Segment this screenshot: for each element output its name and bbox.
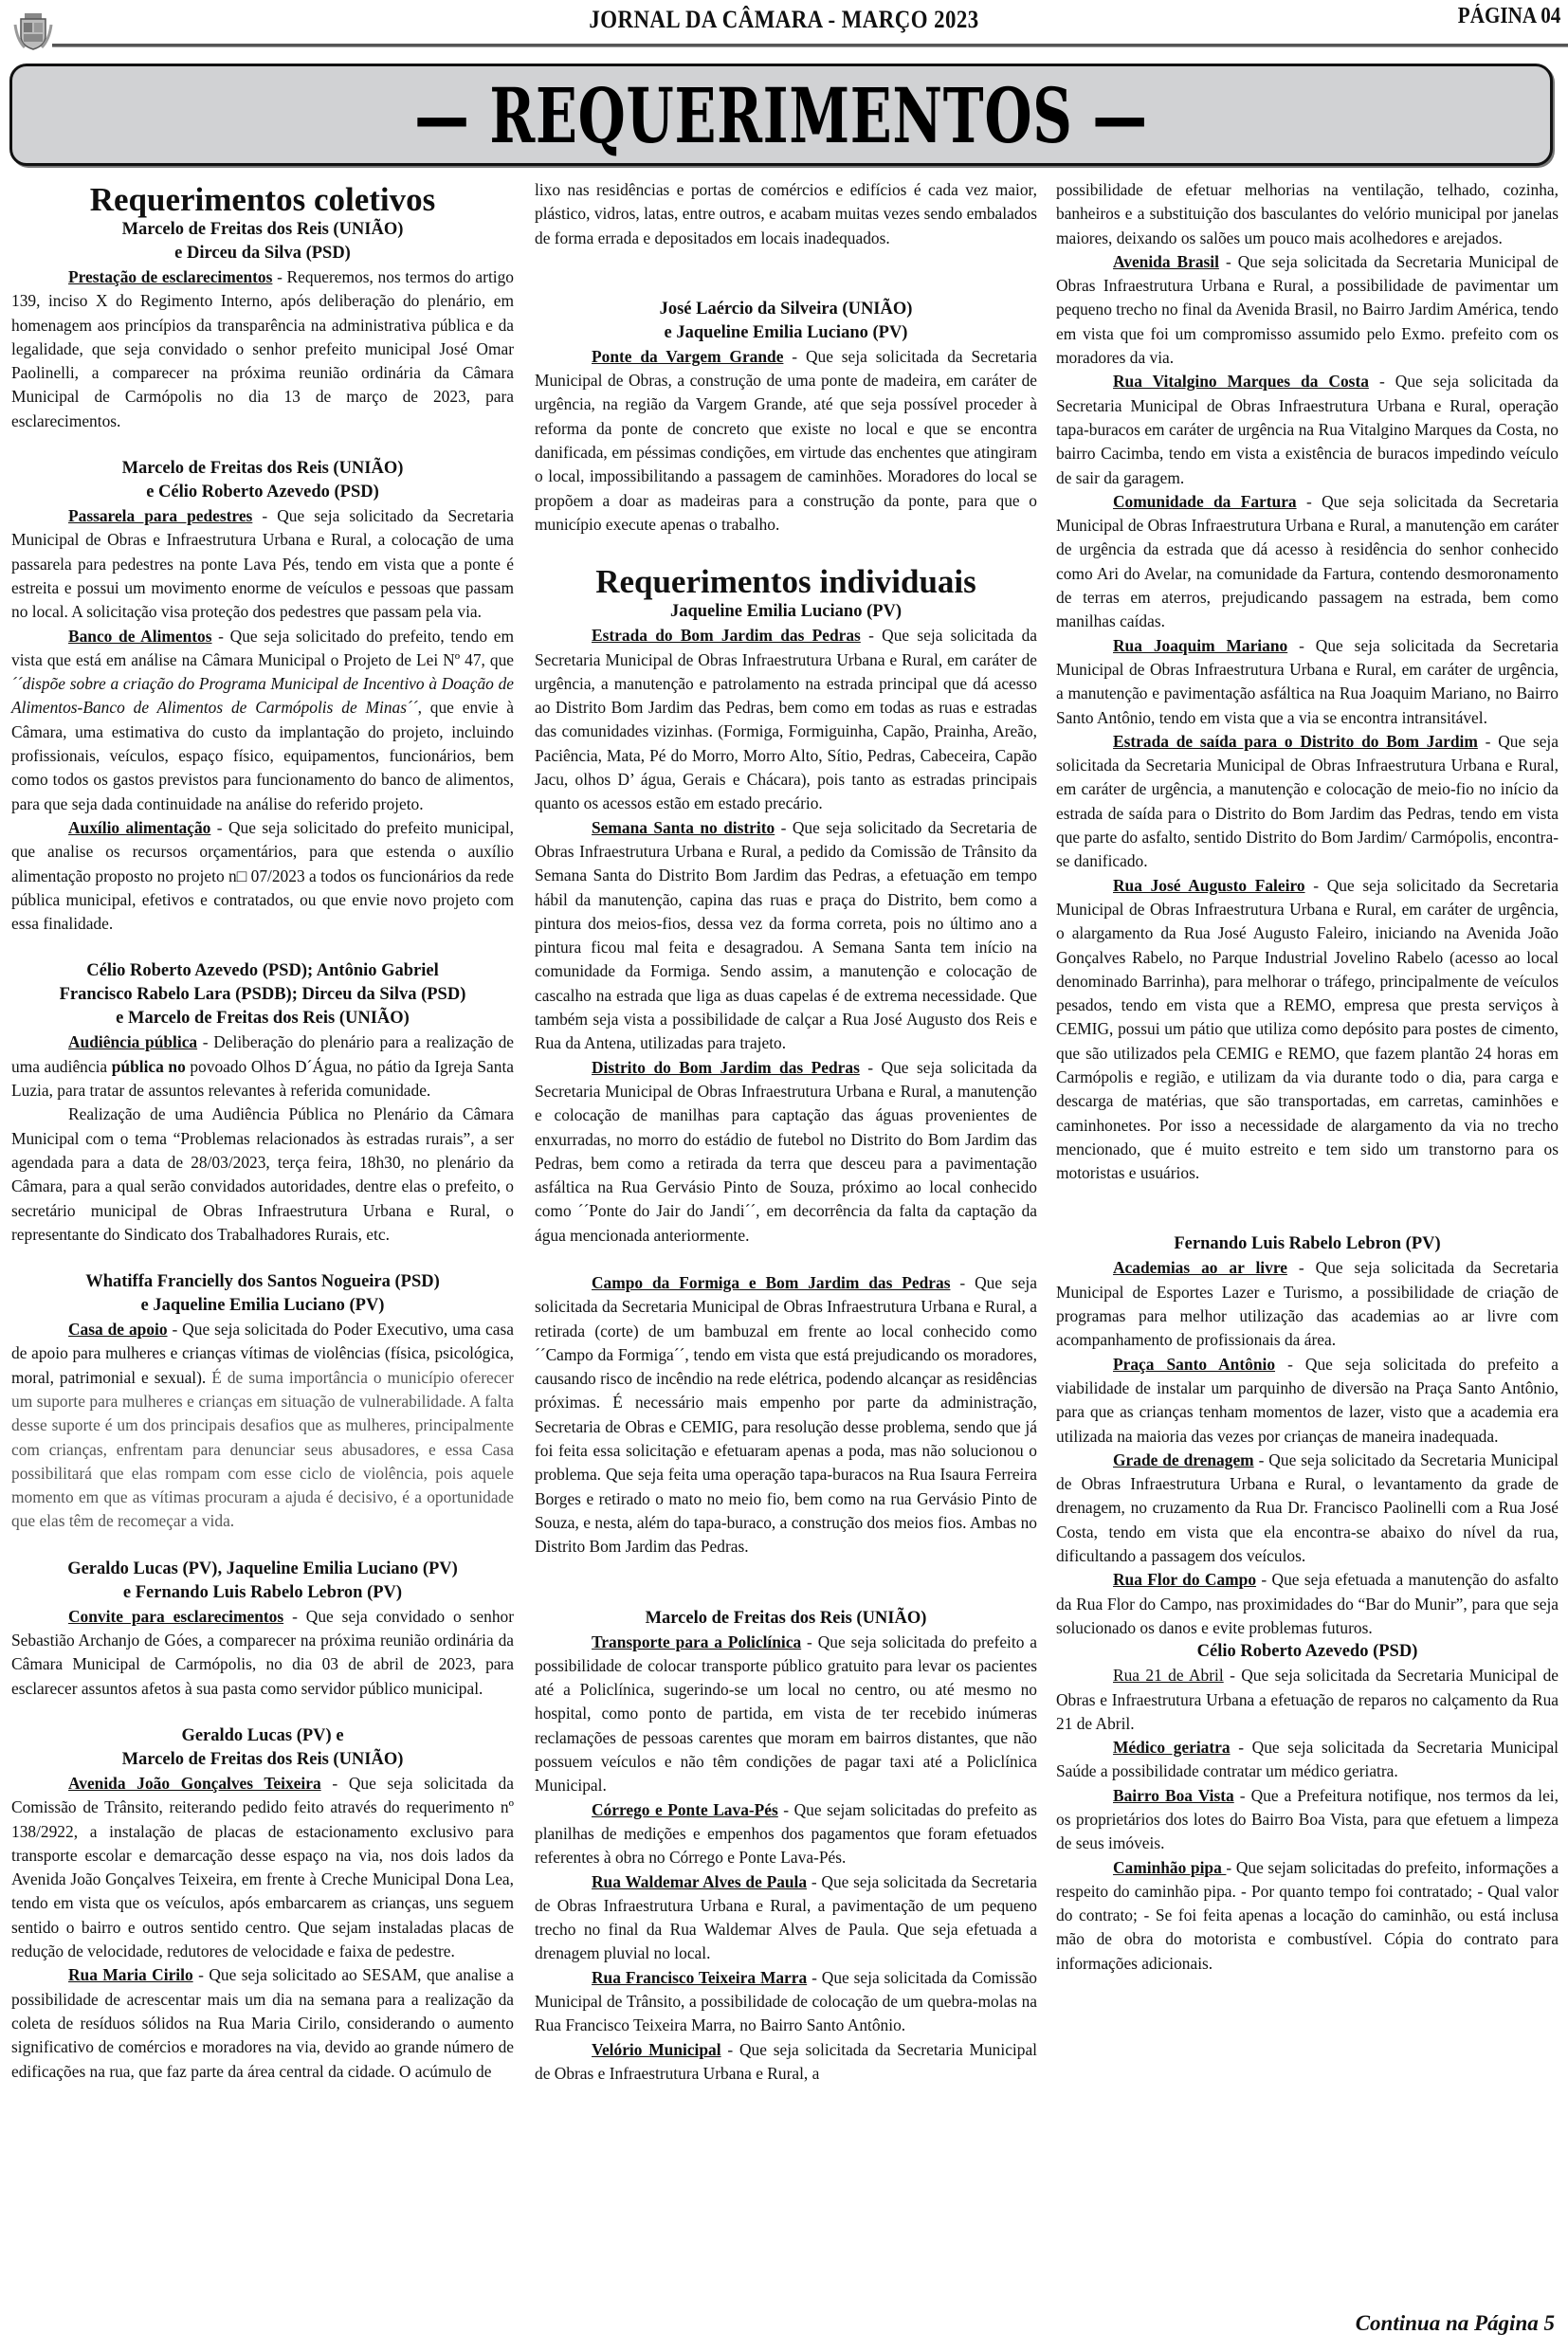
request-heading: Casa de apoio — [68, 1320, 168, 1339]
request-item: Passarela para pedestres - Que seja soli… — [11, 504, 514, 624]
request-group: Fernando Luis Rabelo Lebron (PV) Academi… — [1056, 1232, 1559, 1640]
request-heading: Semana Santa no distrito — [592, 818, 775, 837]
request-body: - Que seja solicitada da Secretaria Muni… — [1056, 732, 1559, 870]
continued-text: possibilidade de efetuar melhorias na ve… — [1056, 178, 1559, 250]
request-body: - Que seja solicitada da Secretaria Muni… — [535, 347, 1037, 534]
request-group: Célio Roberto Azevedo (PSD); Antônio Gab… — [11, 959, 514, 1247]
request-item: Realização de uma Audiência Pública no P… — [11, 1103, 514, 1247]
request-item: Semana Santa no distrito - Que seja soli… — [535, 816, 1037, 1056]
request-item: Campo da Formiga e Bom Jardim das Pedras… — [535, 1271, 1037, 1559]
author-line: Francisco Rabelo Lara (PSDB); Dirceu da … — [11, 983, 514, 1007]
request-heading: Passarela para pedestres — [68, 506, 252, 525]
request-body: - Que seja solicitada da Comissão de Trâ… — [11, 1774, 514, 1960]
request-heading: Caminhão pipa — [1113, 1858, 1226, 1877]
author-line: Jaqueline Emilia Luciano (PV) — [535, 600, 1037, 624]
request-item: Rua Joaquim Mariano - Que seja solicitad… — [1056, 634, 1559, 730]
request-heading: Convite para esclarecimentos — [68, 1607, 283, 1626]
author-line: Marcelo de Freitas dos Reis (UNIÃO) — [11, 1748, 514, 1772]
request-heading: Academias ao ar livre — [1113, 1258, 1287, 1277]
middle-column: lixo nas residências e portas de comérci… — [535, 178, 1037, 2086]
request-heading: Rua Francisco Teixeira Marra — [592, 1968, 807, 1987]
author-line: Célio Roberto Azevedo (PSD) — [1056, 1640, 1559, 1664]
request-body: - Que seja solicitado da Secretaria Muni… — [1056, 876, 1559, 1183]
author-line: Marcelo de Freitas dos Reis (UNIÃO) — [11, 218, 514, 242]
request-item: Córrego e Ponte Lava-Pés - Que sejam sol… — [535, 1798, 1037, 1870]
request-heading: Estrada do Bom Jardim das Pedras — [592, 626, 861, 645]
request-item: Distrito do Bom Jardim das Pedras - Que … — [535, 1056, 1037, 1248]
banner-title: — REQUERIMENTOS — — [228, 68, 1335, 163]
left-column: Requerimentos coletivos Marcelo de Freit… — [11, 178, 514, 2084]
request-heading: Distrito do Bom Jardim das Pedras — [592, 1058, 860, 1077]
request-group: Jaqueline Emilia Luciano (PV) Estrada do… — [535, 600, 1037, 1559]
request-item: Praça Santo Antônio - Que seja solicitad… — [1056, 1353, 1559, 1449]
request-heading: Rua José Augusto Faleiro — [1113, 876, 1305, 895]
request-heading: Auxílio alimentação — [68, 818, 210, 837]
request-heading: Ponte da Vargem Grande — [592, 347, 783, 366]
request-item: Prestação de esclarecimentos - Requeremo… — [11, 265, 514, 433]
request-heading: Audiência pública — [68, 1032, 197, 1051]
request-body: - Que seja solicitada do prefeito a poss… — [535, 1632, 1037, 1796]
author-line: Marcelo de Freitas dos Reis (UNIÃO) — [535, 1607, 1037, 1631]
request-heading: Rua Joaquim Mariano — [1113, 636, 1287, 655]
request-body: - Que seja solicitada da Secretaria Muni… — [535, 1058, 1037, 1245]
request-item: Velório Municipal - Que seja solicitada … — [535, 2038, 1037, 2087]
request-heading: Estrada de saída para o Distrito do Bom … — [1113, 732, 1478, 751]
request-item: Bairro Boa Vista - Que a Prefeitura noti… — [1056, 1784, 1559, 1856]
request-group: José Laércio da Silveira (UNIÃO) e Jaque… — [535, 298, 1037, 537]
author-line: e Jaqueline Emilia Luciano (PV) — [11, 1294, 514, 1318]
author-line: e Marcelo de Freitas dos Reis (UNIÃO) — [11, 1007, 514, 1030]
author-line: e Jaqueline Emilia Luciano (PV) — [535, 321, 1037, 345]
request-item: Rua Maria Cirilo - Que seja solicitado a… — [11, 1963, 514, 2083]
author-line: José Laércio da Silveira (UNIÃO) — [535, 298, 1037, 321]
author-line: Geraldo Lucas (PV) e — [11, 1724, 514, 1748]
request-item: Transporte para a Policlínica - Que seja… — [535, 1631, 1037, 1798]
request-body-justification: É de suma importância o município oferec… — [11, 1368, 514, 1531]
request-item: Ponte da Vargem Grande - Que seja solici… — [535, 345, 1037, 537]
request-item: Rua José Augusto Faleiro - Que seja soli… — [1056, 874, 1559, 1186]
request-group: Whatiffa Francielly dos Santos Nogueira … — [11, 1270, 514, 1534]
request-heading: Avenida Brasil — [1113, 252, 1219, 271]
request-heading: Velório Municipal — [592, 2040, 721, 2059]
request-item: Rua Waldemar Alves de Paula - Que seja s… — [535, 1870, 1037, 1966]
request-item: Comunidade da Fartura - Que seja solicit… — [1056, 490, 1559, 634]
continued-text: lixo nas residências e portas de comérci… — [535, 178, 1037, 250]
request-body: - Que seja solicitada da Secretaria Muni… — [535, 1273, 1037, 1556]
author-line: e Célio Roberto Azevedo (PSD) — [11, 481, 514, 504]
author-line: Fernando Luis Rabelo Lebron (PV) — [1056, 1232, 1559, 1256]
request-heading: Rua Vitalgino Marques da Costa — [1113, 372, 1369, 391]
author-line: e Fernando Luis Rabelo Lebron (PV) — [11, 1581, 514, 1605]
request-heading: Rua Flor do Campo — [1113, 1570, 1256, 1589]
request-body-bold: pública no — [112, 1057, 186, 1076]
request-item: Estrada de saída para o Distrito do Bom … — [1056, 730, 1559, 874]
author-line: Whatiffa Francielly dos Santos Nogueira … — [11, 1270, 514, 1294]
author-line: e Dirceu da Silva (PSD) — [11, 242, 514, 265]
request-body: - Que seja solicitada da Secretaria Muni… — [1056, 492, 1559, 630]
request-heading: Médico geriatra — [1113, 1738, 1231, 1757]
request-body: - Requeremos, nos termos do artigo 139, … — [11, 267, 514, 430]
request-heading: Campo da Formiga e Bom Jardim das Pedras — [592, 1273, 950, 1292]
journal-title: JORNAL DA CÂMARA - MARÇO 2023 — [94, 6, 1474, 34]
header-rule — [52, 44, 1568, 47]
request-item: Médico geriatra - Que seja solicitada da… — [1056, 1736, 1559, 1784]
right-column: possibilidade de efetuar melhorias na ve… — [1056, 178, 1559, 1976]
request-heading: Rua 21 de Abril — [1113, 1666, 1224, 1685]
request-heading: Rua Maria Cirilo — [68, 1965, 193, 1984]
request-item: Convite para esclarecimentos - Que seja … — [11, 1605, 514, 1701]
request-body: - Que seja solicitado da Secretaria de O… — [535, 818, 1037, 1053]
page-number: PÁGINA 04 — [1457, 4, 1560, 29]
request-group: Célio Roberto Azevedo (PSD) Rua 21 de Ab… — [1056, 1640, 1559, 1976]
request-heading: Comunidade da Fartura — [1113, 492, 1297, 511]
author-line: Geraldo Lucas (PV), Jaqueline Emilia Luc… — [11, 1558, 514, 1581]
masthead: JORNAL DA CÂMARA - MARÇO 2023 PÁGINA 04 — [0, 0, 1568, 57]
request-body: Realização de uma Audiência Pública no P… — [11, 1104, 514, 1243]
request-heading: Praça Santo Antônio — [1113, 1355, 1275, 1374]
request-item: Rua Flor do Campo - Que seja efetuada a … — [1056, 1568, 1559, 1640]
section-title-coletivos: Requerimentos coletivos — [11, 182, 514, 218]
request-item: Rua Francisco Teixeira Marra - Que seja … — [535, 1966, 1037, 2038]
request-group: Geraldo Lucas (PV) e Marcelo de Freitas … — [11, 1724, 514, 2084]
request-item: Academias ao ar livre - Que seja solicit… — [1056, 1256, 1559, 1352]
request-heading: Avenida João Gonçalves Teixeira — [68, 1774, 321, 1793]
request-heading: Grade de drenagem — [1113, 1450, 1254, 1469]
request-item: Avenida João Gonçalves Teixeira - Que se… — [11, 1772, 514, 1963]
request-item: Banco de Alimentos - Que seja solicitado… — [11, 625, 514, 816]
request-group: Marcelo de Freitas dos Reis (UNIÃO) Tran… — [535, 1607, 1037, 2087]
request-item: Rua 21 de Abril - Que seja solicitada da… — [1056, 1664, 1559, 1736]
request-heading: Prestação de esclarecimentos — [68, 267, 272, 286]
request-item: Avenida Brasil - Que seja solicitada da … — [1056, 250, 1559, 370]
request-group: Marcelo de Freitas dos Reis (UNIÃO) e Cé… — [11, 457, 514, 936]
request-item: Audiência pública - Deliberação do plená… — [11, 1030, 514, 1103]
author-line: Marcelo de Freitas dos Reis (UNIÃO) — [11, 457, 514, 481]
request-group: Geraldo Lucas (PV), Jaqueline Emilia Luc… — [11, 1558, 514, 1701]
section-banner: — REQUERIMENTOS — — [9, 64, 1553, 166]
request-heading: Bairro Boa Vista — [1113, 1786, 1234, 1805]
request-heading: Transporte para a Policlínica — [592, 1632, 801, 1651]
author-line: Célio Roberto Azevedo (PSD); Antônio Gab… — [11, 959, 514, 983]
municipal-coat-of-arms-icon — [13, 11, 53, 51]
request-group: Marcelo de Freitas dos Reis (UNIÃO) e Di… — [11, 218, 514, 433]
request-heading: Córrego e Ponte Lava-Pés — [592, 1800, 778, 1819]
request-body: - Que seja solicitada da Secretaria Muni… — [535, 626, 1037, 812]
request-item: Caminhão pipa - Que sejam solicitadas do… — [1056, 1856, 1559, 1976]
continue-note: Continua na Página 5 — [1356, 2311, 1555, 2336]
section-title-individuais: Requerimentos individuais — [535, 564, 1037, 600]
request-heading: Rua Waldemar Alves de Paula — [592, 1872, 807, 1891]
request-heading: Banco de Alimentos — [68, 627, 212, 646]
request-item: Estrada do Bom Jardim das Pedras - Que s… — [535, 624, 1037, 815]
request-item: Casa de apoio - Que seja solicitada do P… — [11, 1318, 514, 1534]
request-item: Grade de drenagem - Que seja solicitado … — [1056, 1449, 1559, 1568]
request-item: Auxílio alimentação - Que seja solicitad… — [11, 816, 514, 936]
request-item: Rua Vitalgino Marques da Costa - Que sej… — [1056, 370, 1559, 489]
